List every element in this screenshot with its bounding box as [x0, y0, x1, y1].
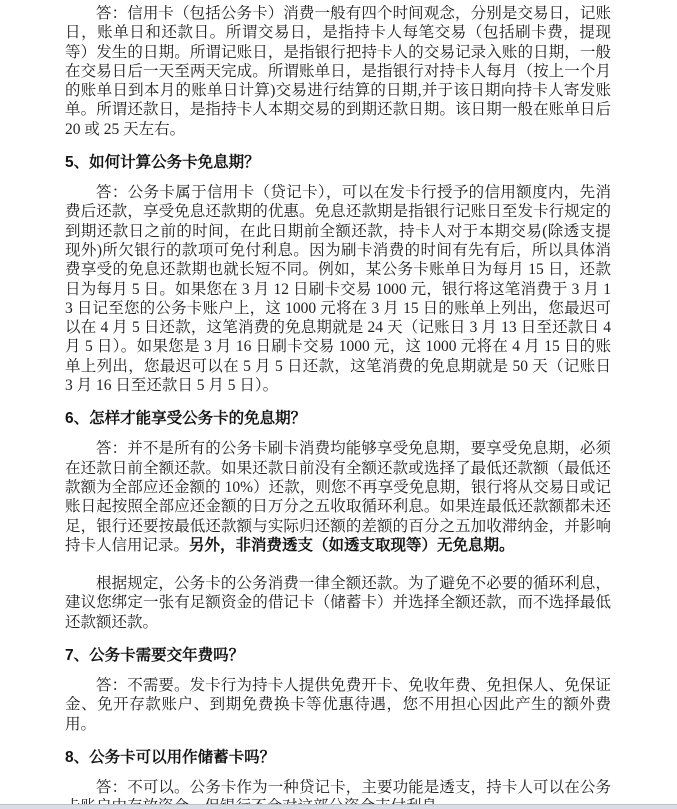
answer-paragraph: 答：并不是所有的公务卡刷卡消费均能够享受免息期，要享受免息期，必须在还款日前全额…: [65, 439, 611, 555]
qa-sections: 5、如何计算公务卡免息期？答：公务卡属于信用卡（贷记卡），可以在发卡行授予的信用…: [65, 153, 611, 809]
answer-paragraph: 根据规定，公务卡的公务消费一律全额还款。为了避免不必要的循环利息，建议您绑定一张…: [65, 574, 611, 632]
document-page: 答：信用卡（包括公务卡）消费一般有四个时间观念，分别是交易日，记账日，账单日和还…: [0, 0, 677, 809]
intro-paragraph: 答：信用卡（包括公务卡）消费一般有四个时间观念，分别是交易日，记账日，账单日和还…: [65, 4, 611, 139]
question-heading: 7、公务卡需要交年费吗？: [65, 646, 611, 666]
answer-text: 根据规定，公务卡的公务消费一律全额还款。为了避免不必要的循环利息，建议您绑定一张…: [65, 575, 611, 631]
answer-text: 答：不需要。发卡行为持卡人提供免费开卡、免收年费、免担保人、免保证金、免开存款账…: [65, 677, 611, 733]
question-heading: 5、如何计算公务卡免息期？: [65, 153, 611, 173]
answer-text: 答：公务卡属于信用卡（贷记卡），可以在发卡行授予的信用额度内，先消费后还款，享受…: [65, 184, 611, 394]
answer-paragraph: 答：不需要。发卡行为持卡人提供免费开卡、免收年费、免担保人、免保证金、免开存款账…: [65, 676, 611, 734]
question-heading: 6、怎样才能享受公务卡的免息期？: [65, 409, 611, 429]
question-heading: 8、公务卡可以用作储蓄卡吗？: [65, 748, 611, 768]
answer-text-emphasis: 另外，非消费透支（如透支取现等）无免息期。: [189, 537, 515, 554]
page-bottom-strip: [0, 804, 677, 809]
answer-paragraph: 答：公务卡属于信用卡（贷记卡），可以在发卡行授予的信用额度内，先消费后还款，享受…: [65, 183, 611, 395]
